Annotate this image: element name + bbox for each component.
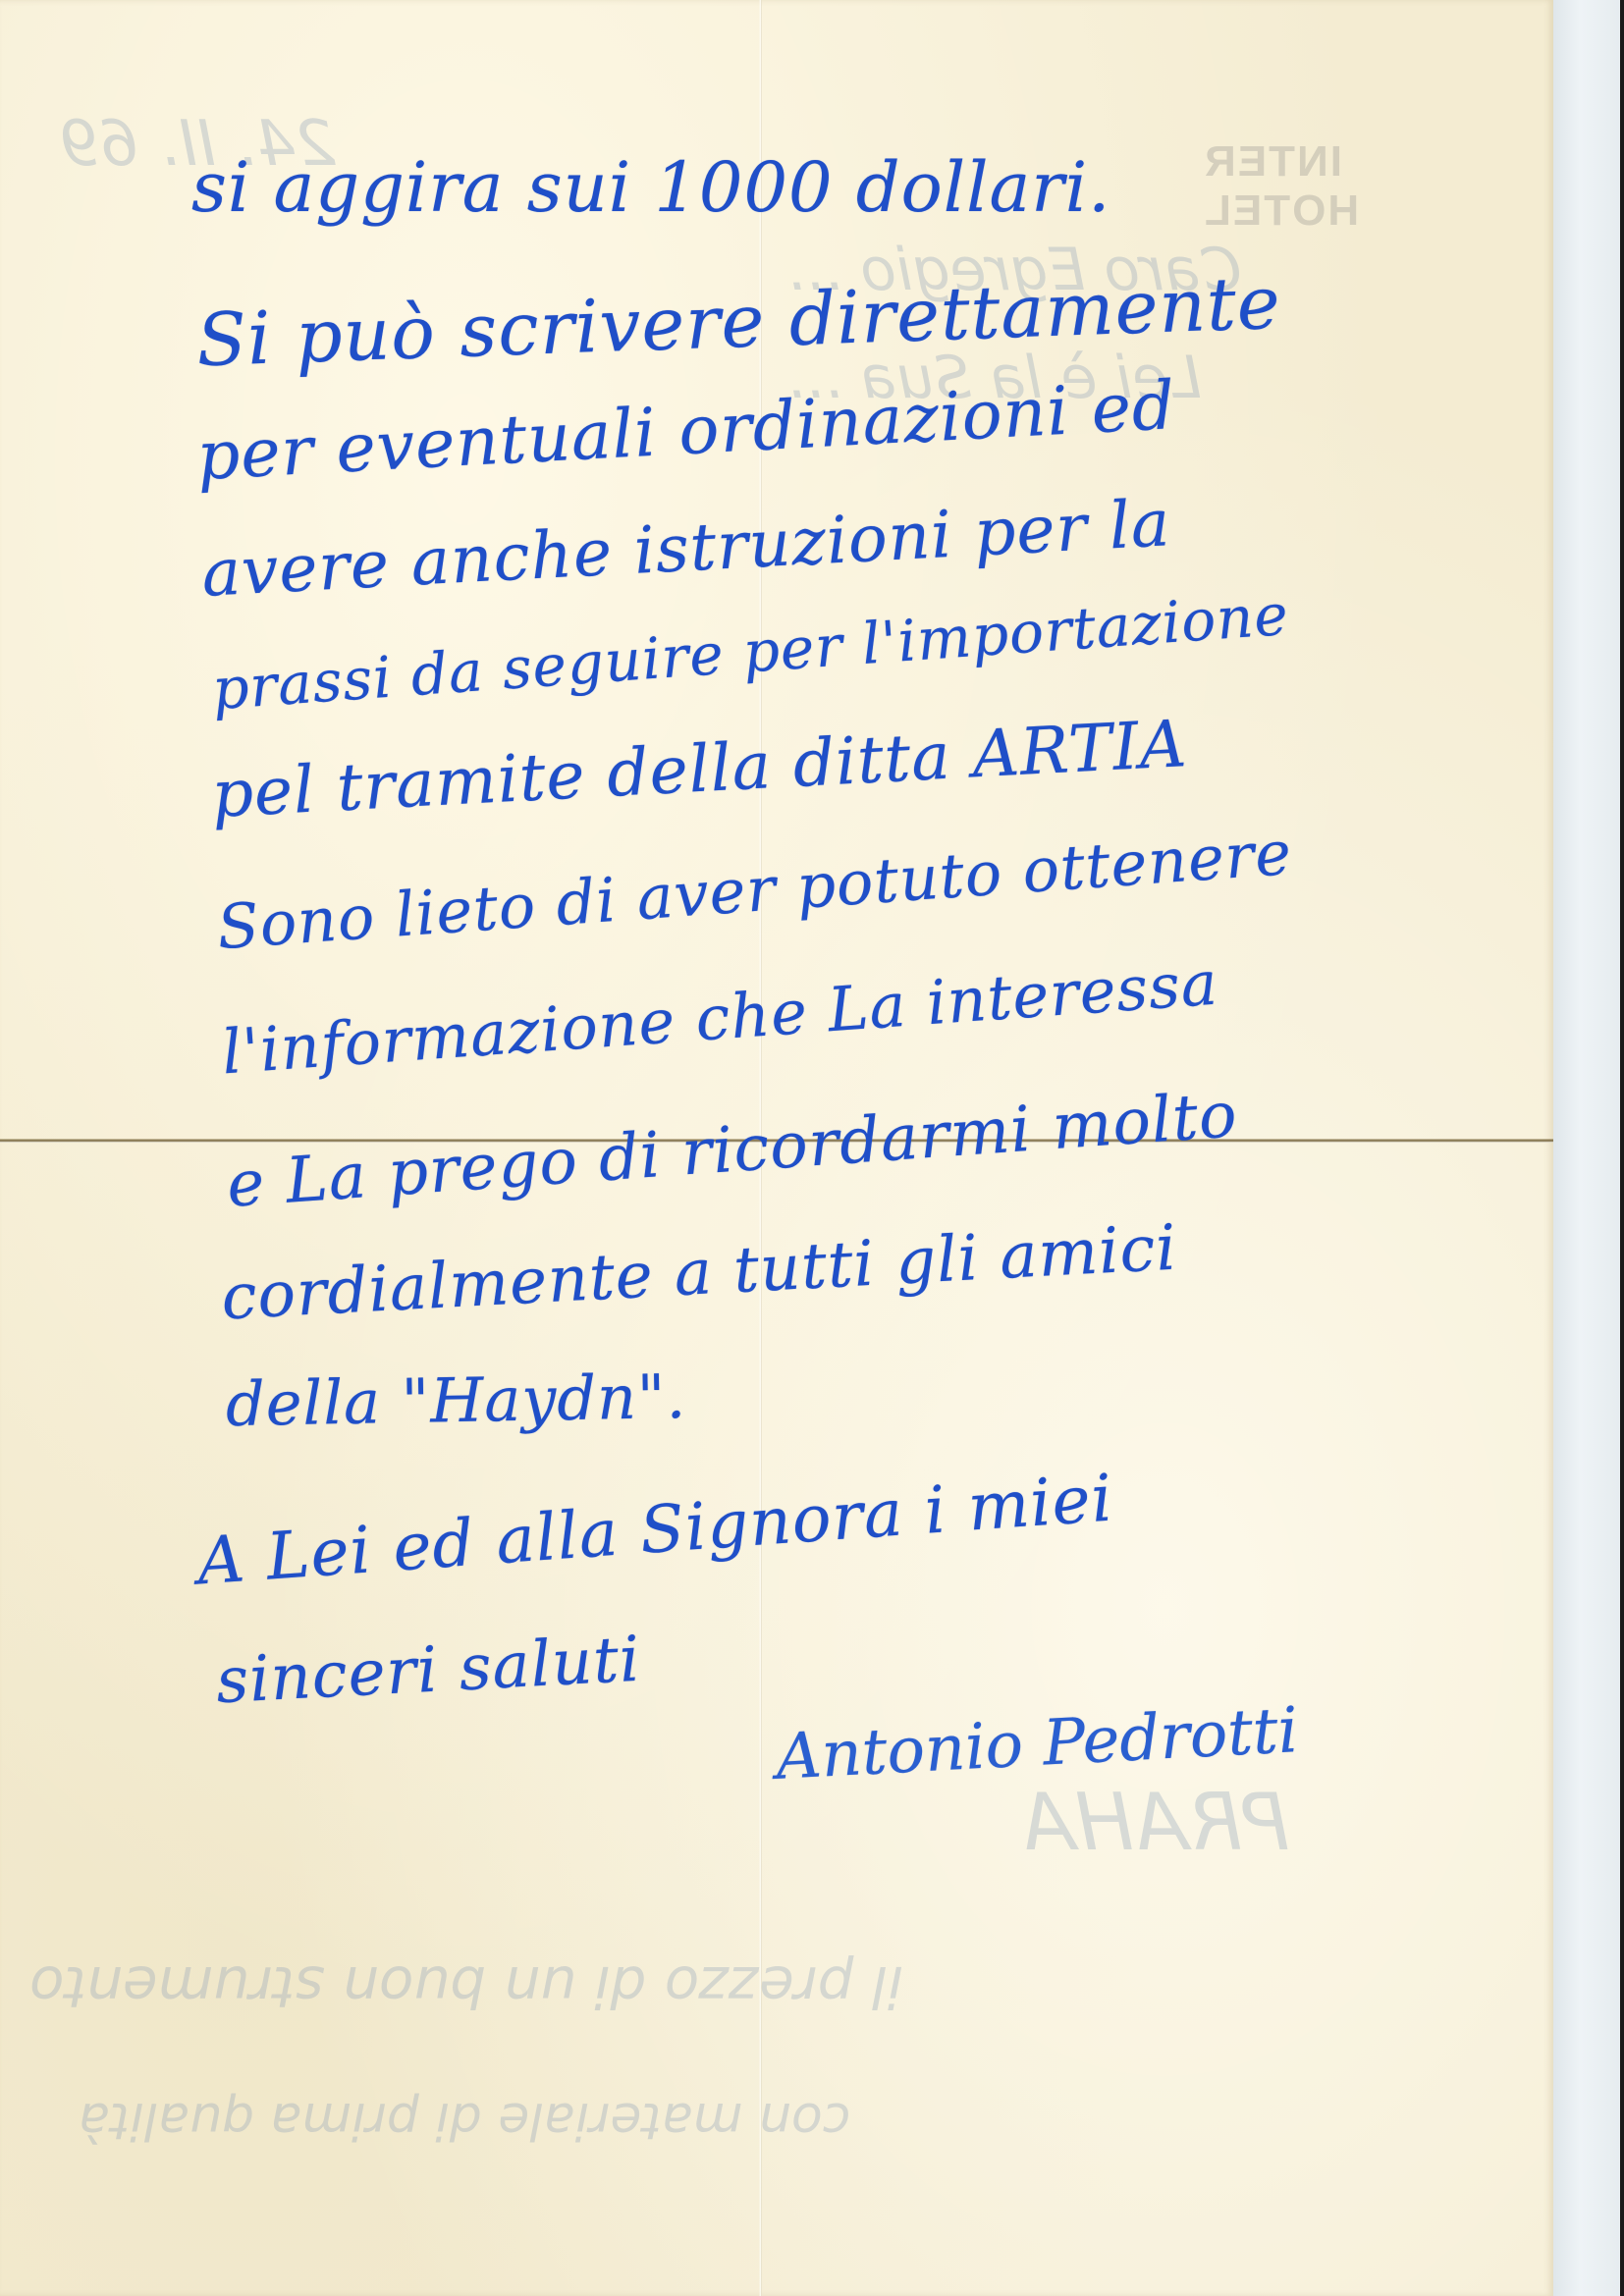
bleed-through-line: con materiale di prima qualità	[79, 2091, 850, 2150]
scanner-background	[1553, 0, 1620, 2296]
bleed-through-line: il prezzo di un buon strumento	[29, 1953, 903, 2020]
bleed-through-letterhead-1: INTER	[1203, 137, 1342, 187]
letter-line-11: della "Haydn".	[225, 1361, 686, 1440]
bleed-through-letterhead-2: HOTEL	[1203, 187, 1359, 236]
scanner-edge	[1620, 0, 1624, 2296]
bleed-through-line: PRAHA	[1021, 1777, 1289, 1868]
letter-line-1: si aggira sui 1000 dollari.	[191, 147, 1110, 228]
